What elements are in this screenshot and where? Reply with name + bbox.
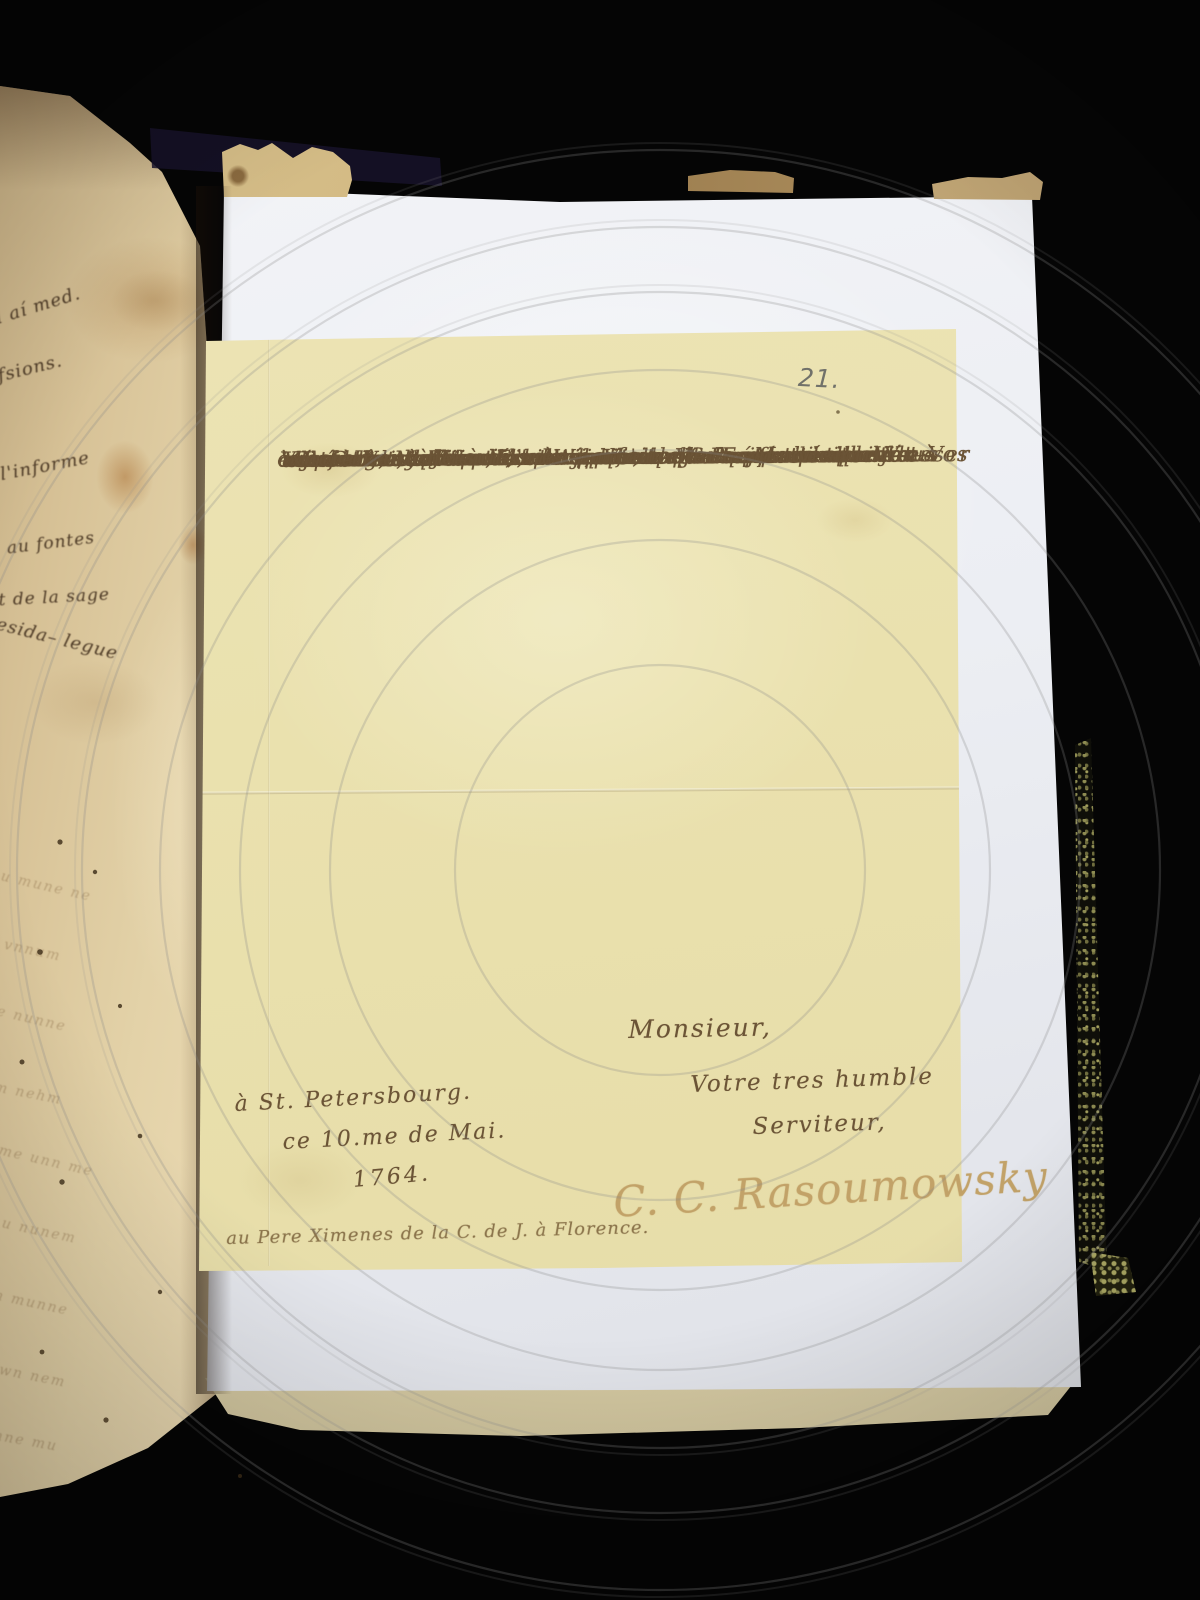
ghost-handwriting-line: nwn nem	[0, 1360, 68, 1391]
letter-salutation: Monsieur,	[628, 1012, 772, 1044]
handwriting-fragment: met de la sage	[0, 585, 110, 612]
ghost-handwriting-line: mu mune ne	[0, 865, 93, 905]
ghost-handwriting-line: mnu nunem	[0, 1210, 78, 1247]
ghost-handwriting-line: uum nehm	[0, 1075, 64, 1108]
handwriting-fragment: al aí med.	[0, 283, 83, 332]
handwriting-fragment: nues au fontes	[0, 528, 96, 565]
paper-stain	[30, 660, 160, 745]
ghost-handwriting-line: nn vnnum	[0, 931, 63, 965]
handwriting-fragment: za l'informe	[0, 447, 92, 490]
letter-fold-crease	[202, 786, 960, 794]
handwriting-fragment: defsions.	[0, 350, 65, 392]
ghost-handwriting-line: un munne	[0, 1285, 70, 1319]
pencil-folio-number: 21.	[797, 363, 841, 394]
ghost-handwriting-line: umne mu	[0, 1425, 59, 1455]
ghost-handwriting-line: nme unn me	[0, 1140, 95, 1180]
letter-valediction: Serviteur,	[752, 1109, 887, 1140]
letter-fold-crease	[268, 338, 270, 1266]
ink-stain	[96, 440, 154, 514]
paper-stain	[110, 270, 205, 332]
photo-stage: al aí med. defsions. za l'informe nues a…	[0, 0, 1200, 1600]
handwriting-fragment: Resida– legue	[0, 610, 120, 664]
letter-line: exactement. Je suis très parfaitement.	[277, 435, 741, 480]
ghost-handwriting-line: me nunne	[0, 1000, 68, 1035]
